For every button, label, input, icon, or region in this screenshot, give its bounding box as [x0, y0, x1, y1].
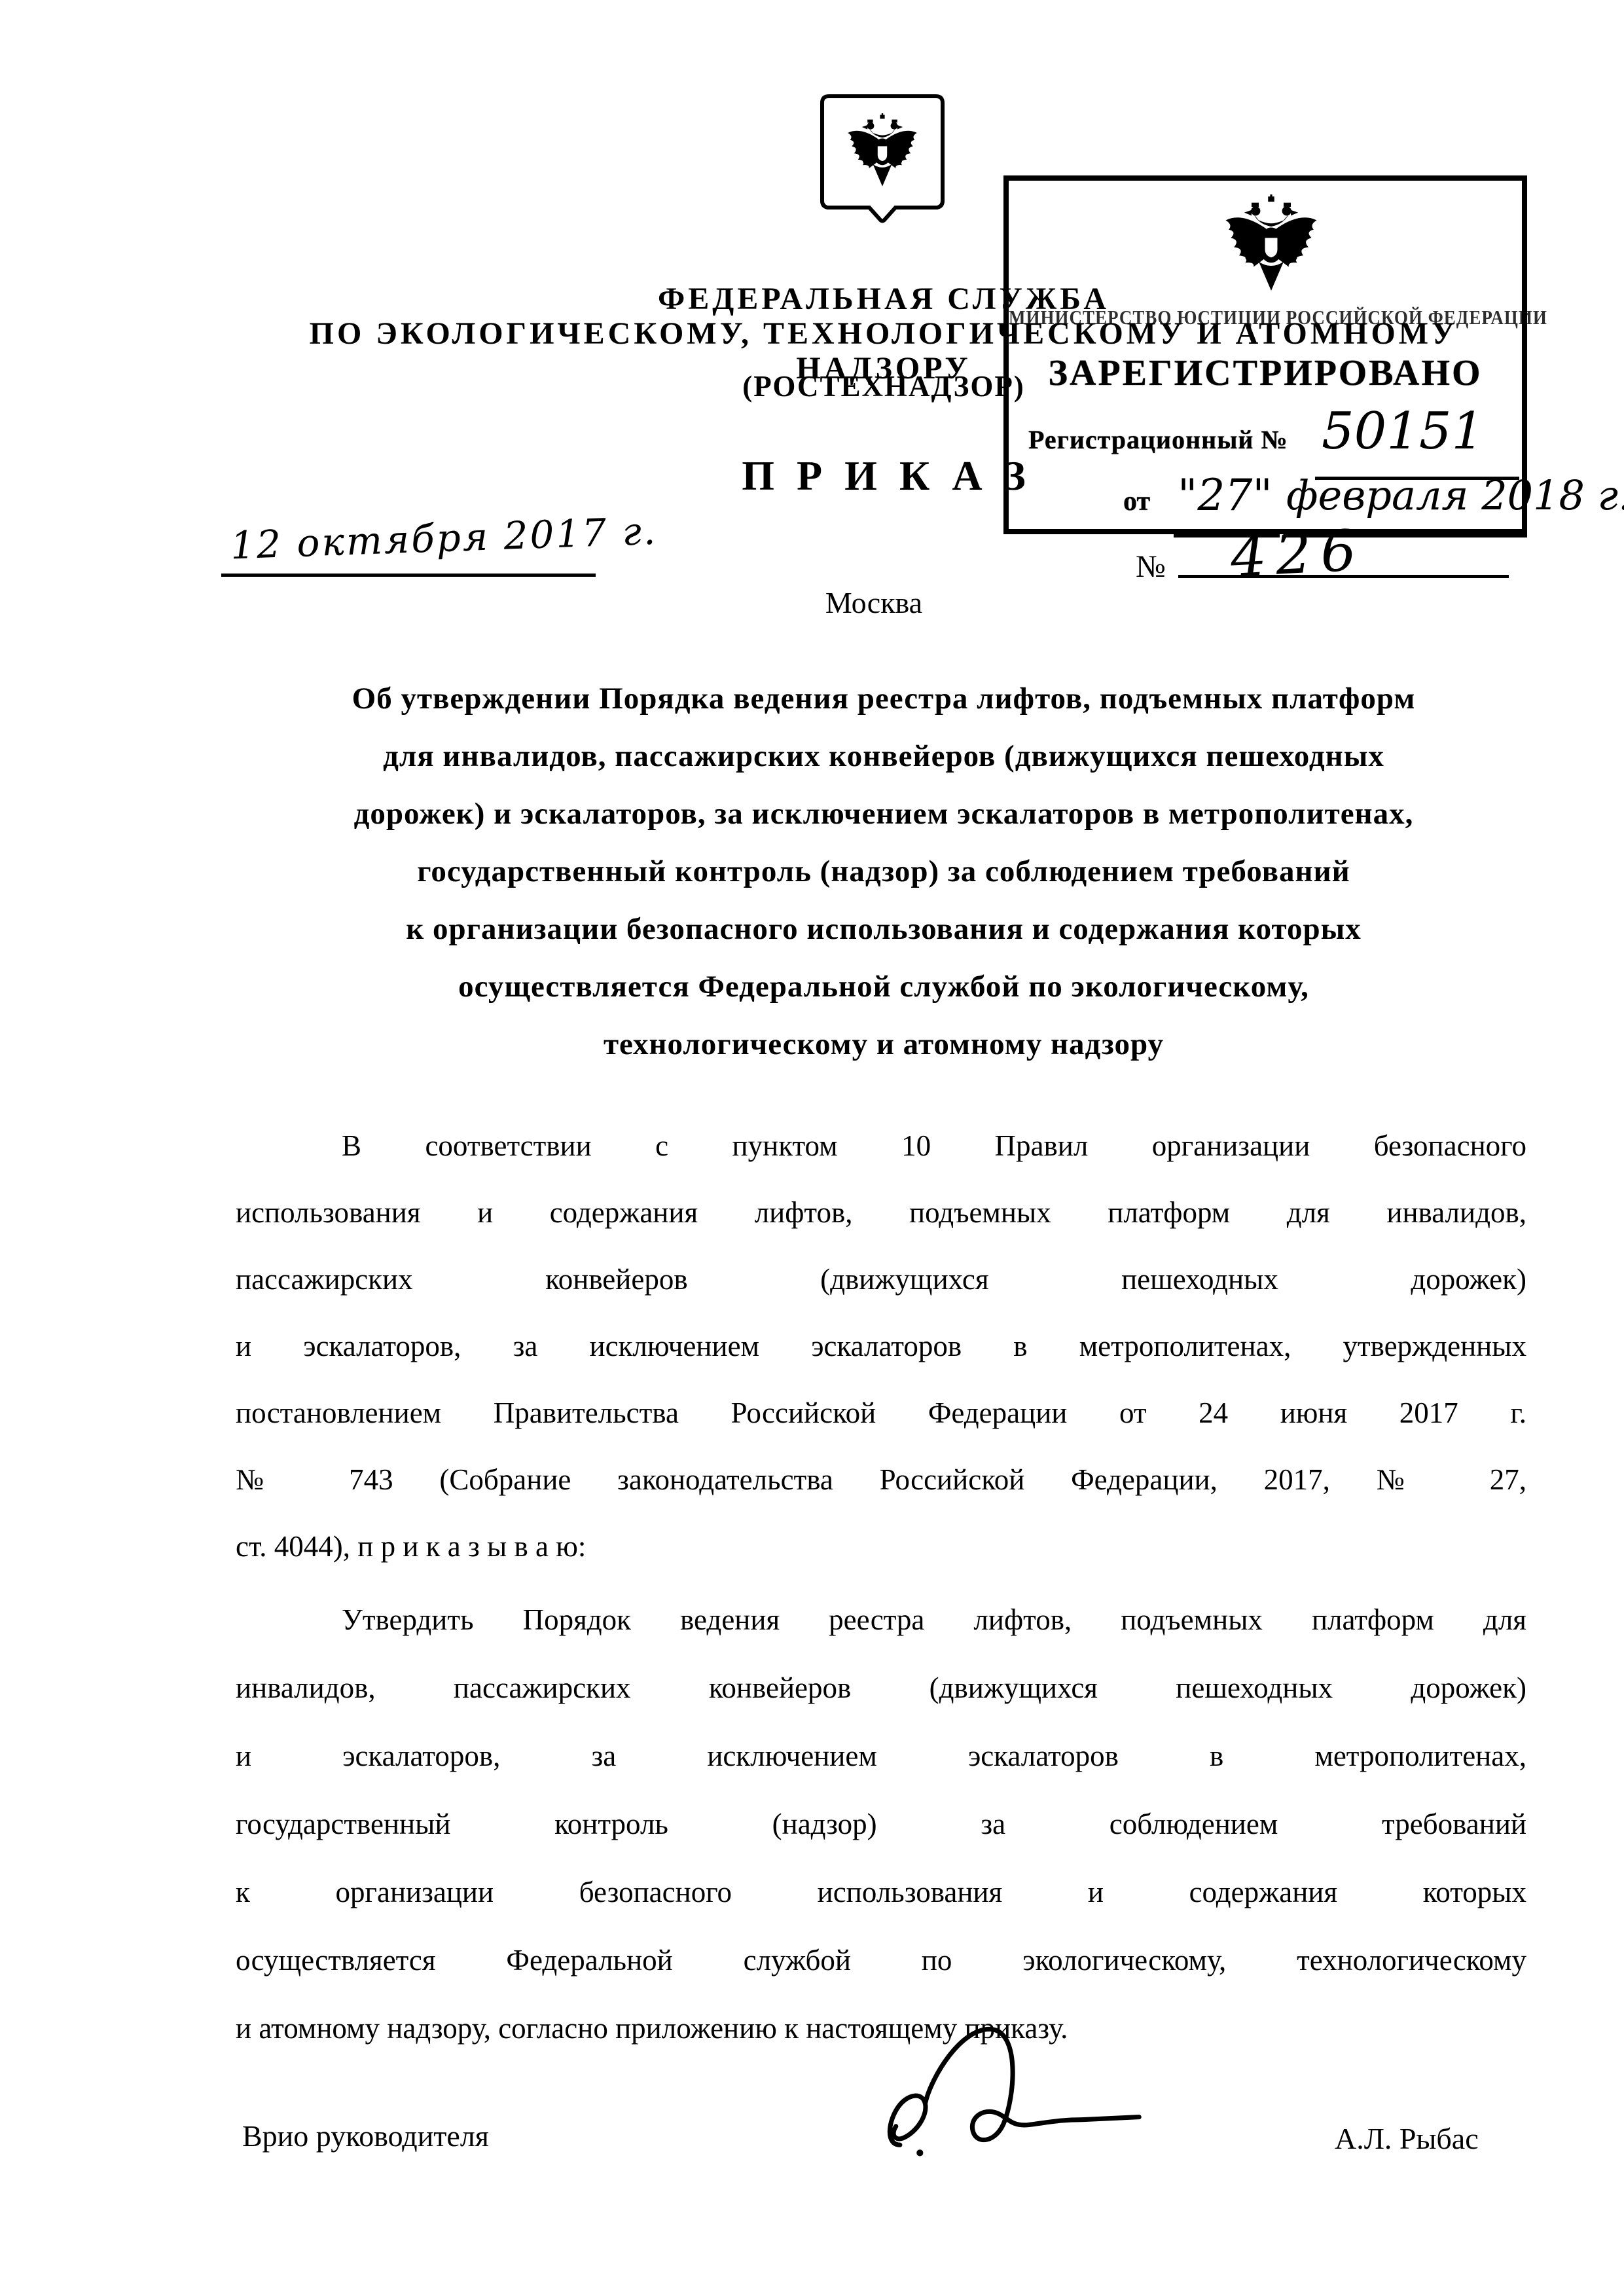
body-line: постановлением Правительства Российской … — [236, 1394, 1526, 1461]
stamp-registered-label: ЗАРЕГИСТРИРОВАНО — [1009, 352, 1522, 394]
title-line: для инвалидов, пассажирских конвейеров (… — [236, 740, 1532, 797]
body-line: № 743 (Собрание законодательства Российс… — [236, 1461, 1526, 1528]
body-line: использования и содержания лифтов, подъе… — [236, 1194, 1526, 1261]
body-paragraph-1: В соответствии с пунктом 10 Правил орган… — [236, 1127, 1526, 1595]
stamp-reg-number-value: 50151 — [1322, 402, 1484, 461]
stamp-eagle-icon — [1219, 189, 1323, 304]
body-line: ст. 4044), п р и к а з ы в а ю: — [236, 1528, 1526, 1595]
title-line: осуществляется Федеральной службой по эк… — [236, 970, 1532, 1028]
order-date-handwritten: 12 октября 2017 г. — [230, 509, 658, 568]
body-line: осуществляется Федеральной службой по эк… — [236, 1942, 1526, 2010]
body-line: и эскалаторов, за исключением эскалаторо… — [236, 1328, 1526, 1394]
signature — [861, 2014, 1220, 2168]
stamp-date-prefix: от — [1123, 486, 1150, 517]
body-line: инвалидов, пассажирских конвейеров (движ… — [236, 1669, 1526, 1738]
stamp-date-day: "27" — [1178, 470, 1272, 520]
title-line: технологическому и атомному надзору — [236, 1028, 1532, 1085]
scanned-order-page: ФЕДЕРАЛЬНАЯ СЛУЖБА ПО ЭКОЛОГИЧЕСКОМУ, ТЕ… — [0, 0, 1624, 2296]
number-sign: № — [1136, 549, 1166, 585]
title-line: дорожек) и эскалаторов, за исключением э… — [236, 797, 1532, 855]
stamp-ministry-line: МИНИСТЕРСТВО ЮСТИЦИИ РОССИЙСКОЙ ФЕДЕРАЦИ… — [1009, 306, 1522, 329]
title-line: государственный контроль (надзор) за соб… — [236, 855, 1532, 913]
underline — [221, 574, 596, 577]
body-line: пассажирских конвейеров (движущихся пеше… — [236, 1261, 1526, 1328]
body-line: Утвердить Порядок ведения реестра лифтов… — [236, 1601, 1526, 1669]
signer-name: А.Л. Рыбас — [1335, 2121, 1479, 2156]
coat-of-arms-shield — [817, 90, 948, 242]
title-line: Об утверждении Порядка ведения реестра л… — [236, 682, 1532, 740]
title-line: к организации безопасного использования … — [236, 913, 1532, 970]
stamp-date-rest: февраля 2018 г. — [1286, 471, 1624, 519]
city-label: Москва — [236, 585, 1512, 620]
order-number-handwritten: 426 — [1229, 518, 1367, 591]
body-line: и эскалаторов, за исключением эскалаторо… — [236, 1738, 1526, 1806]
body-line: государственный контроль (надзор) за соб… — [236, 1806, 1526, 1874]
body-line: к организации безопасного использования … — [236, 1874, 1526, 1942]
signer-position: Врио руководителя — [242, 2119, 489, 2153]
order-title: Об утверждении Порядка ведения реестра л… — [236, 682, 1532, 1085]
registration-stamp: МИНИСТЕРСТВО ЮСТИЦИИ РОССИЙСКОЙ ФЕДЕРАЦИ… — [1003, 175, 1527, 534]
stamp-reg-number-label: Регистрационный № — [1028, 424, 1288, 455]
body-line: В соответствии с пунктом 10 Правил орган… — [236, 1127, 1526, 1194]
body-paragraph-2: Утвердить Порядок ведения реестра лифтов… — [236, 1601, 1526, 2078]
